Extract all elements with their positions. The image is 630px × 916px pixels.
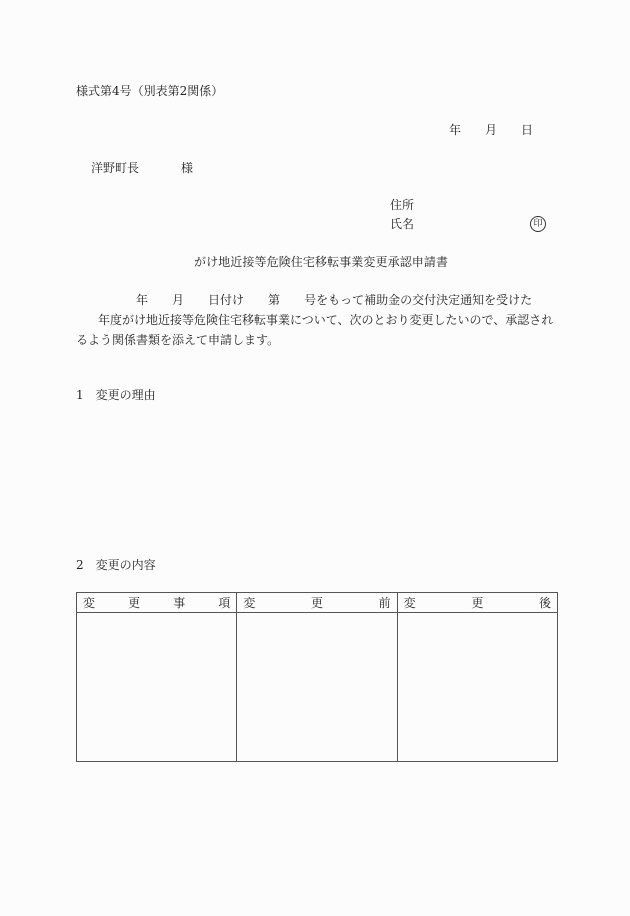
header-change-item: 変更事項 bbox=[77, 593, 237, 613]
cell-change-item[interactable] bbox=[77, 613, 237, 762]
date-month-label: 月 bbox=[485, 123, 521, 137]
date-field: 年月日 bbox=[449, 123, 533, 137]
cell-after-change[interactable] bbox=[397, 613, 557, 762]
header-before-change: 変更前 bbox=[237, 593, 397, 613]
form-number: 様式第4号（別表第2関係） bbox=[76, 84, 223, 98]
addressee: 洋野町長様 bbox=[91, 161, 193, 175]
section-content: 2変更の内容 bbox=[76, 558, 156, 572]
address-label: 住所 bbox=[390, 198, 414, 212]
body-text: 号をもって補助金の交付決定通知を受けた bbox=[304, 293, 532, 307]
body-dai: 第 bbox=[268, 293, 280, 307]
seal-mark-icon: 印 bbox=[530, 216, 546, 232]
section-number: 2 bbox=[76, 558, 84, 572]
date-day-label: 日 bbox=[521, 123, 533, 137]
changes-table: 変更事項 変更前 変更後 bbox=[76, 592, 558, 762]
date-year-label: 年 bbox=[449, 123, 485, 137]
table-row bbox=[77, 613, 558, 762]
body-year: 年 bbox=[136, 293, 148, 307]
name-label: 氏名 bbox=[390, 217, 414, 231]
addressee-honorific: 様 bbox=[181, 161, 193, 175]
body-month: 月 bbox=[172, 293, 184, 307]
section-reason: 1変更の理由 bbox=[76, 388, 156, 402]
body-line-2: 年度がけ地近接等危険住宅移転事業について、次のとおり変更したいので、承認され bbox=[98, 313, 553, 327]
body-day: 日付け bbox=[208, 293, 244, 307]
addressee-name: 洋野町長 bbox=[91, 161, 139, 175]
document-title: がけ地近接等危険住宅移転事業変更承認申請書 bbox=[194, 255, 448, 269]
section-label: 変更の理由 bbox=[96, 388, 156, 402]
header-after-change: 変更後 bbox=[397, 593, 557, 613]
section-number: 1 bbox=[76, 388, 84, 402]
table-header-row: 変更事項 変更前 変更後 bbox=[77, 593, 558, 613]
section-label: 変更の内容 bbox=[96, 558, 156, 572]
body-line-3: るよう関係書類を添えて申請します。 bbox=[76, 333, 279, 347]
cell-before-change[interactable] bbox=[237, 613, 397, 762]
body-line-1: 年月日付け第号をもって補助金の交付決定通知を受けた bbox=[136, 293, 532, 307]
